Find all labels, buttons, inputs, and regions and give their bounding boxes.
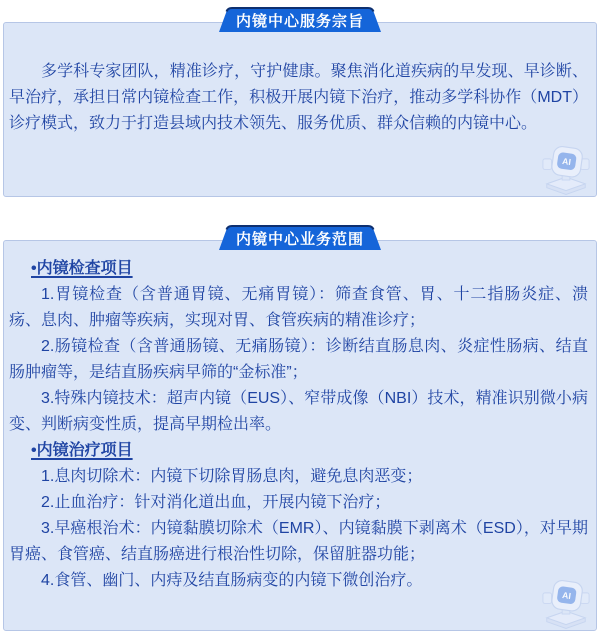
exam-projects-heading: •内镜检查项目 xyxy=(31,256,588,282)
treatment-projects-heading: •内镜治疗项目 xyxy=(31,438,588,464)
article-page: 内镜中心服务宗旨 多学科专家团队，精准诊疗，守护健康。聚焦消化道疾病的早发现、早… xyxy=(0,0,600,633)
ai-robot-watermark-icon: AI xyxy=(541,575,591,629)
section1-badge-wrap: 内镜中心服务宗旨 xyxy=(3,7,597,32)
section1-badge-title: 内镜中心服务宗旨 xyxy=(211,8,389,33)
section-service-purpose: 内镜中心服务宗旨 多学科专家团队，精准诊疗，守护健康。聚焦消化道疾病的早发现、早… xyxy=(3,0,597,197)
section2-badge-wrap: 内镜中心业务范围 xyxy=(3,225,597,250)
treatment-item-minimally-invasive: 4.食管、幽门、内痔及结直肠病变的内镜下微创治疗。 xyxy=(9,568,588,594)
treatment-item-early-cancer: 3.早癌根治术：内镜黏膜切除术（EMR）、内镜黏膜下剥离术（ESD），对早期胃癌… xyxy=(9,516,588,568)
exam-item-gastroscopy: 1.胃镜检查（含普通胃镜、无痛胃镜）：筛查食管、胃、十二指肠炎症、溃疡、息肉、肿… xyxy=(9,282,588,334)
section2-badge-title: 内镜中心业务范围 xyxy=(211,226,389,251)
section2-panel: •内镜检查项目 1.胃镜检查（含普通胃镜、无痛胃镜）：筛查食管、胃、十二指肠炎症… xyxy=(3,240,597,631)
treatment-item-polypectomy: 1.息肉切除术：内镜下切除胃肠息肉，避免息肉恶变； xyxy=(9,464,588,490)
service-purpose-paragraph: 多学科专家团队，精准诊疗，守护健康。聚焦消化道疾病的早发现、早诊断、早治疗，承担… xyxy=(9,59,588,137)
svg-text:AI: AI xyxy=(562,156,572,167)
exam-item-special-tech: 3.特殊内镜技术：超声内镜（EUS）、窄带成像（NBI）技术，精准识别微小病变、… xyxy=(9,386,588,438)
section2-badge: 内镜中心业务范围 xyxy=(211,225,389,250)
svg-text:AI: AI xyxy=(562,590,572,601)
section1-badge: 内镜中心服务宗旨 xyxy=(211,7,389,32)
treatment-item-hemostasis: 2.止血治疗：针对消化道出血，开展内镜下治疗； xyxy=(9,490,588,516)
section-business-scope: 内镜中心业务范围 •内镜检查项目 1.胃镜检查（含普通胃镜、无痛胃镜）：筛查食管… xyxy=(3,225,597,631)
ai-robot-watermark-icon: AI xyxy=(541,141,591,195)
exam-item-colonoscopy: 2.肠镜检查（含普通肠镜、无痛肠镜）：诊断结直肠息肉、炎症性肠病、结直肠肿瘤等，… xyxy=(9,334,588,386)
section1-panel: 多学科专家团队，精准诊疗，守护健康。聚焦消化道疾病的早发现、早诊断、早治疗，承担… xyxy=(3,22,597,197)
